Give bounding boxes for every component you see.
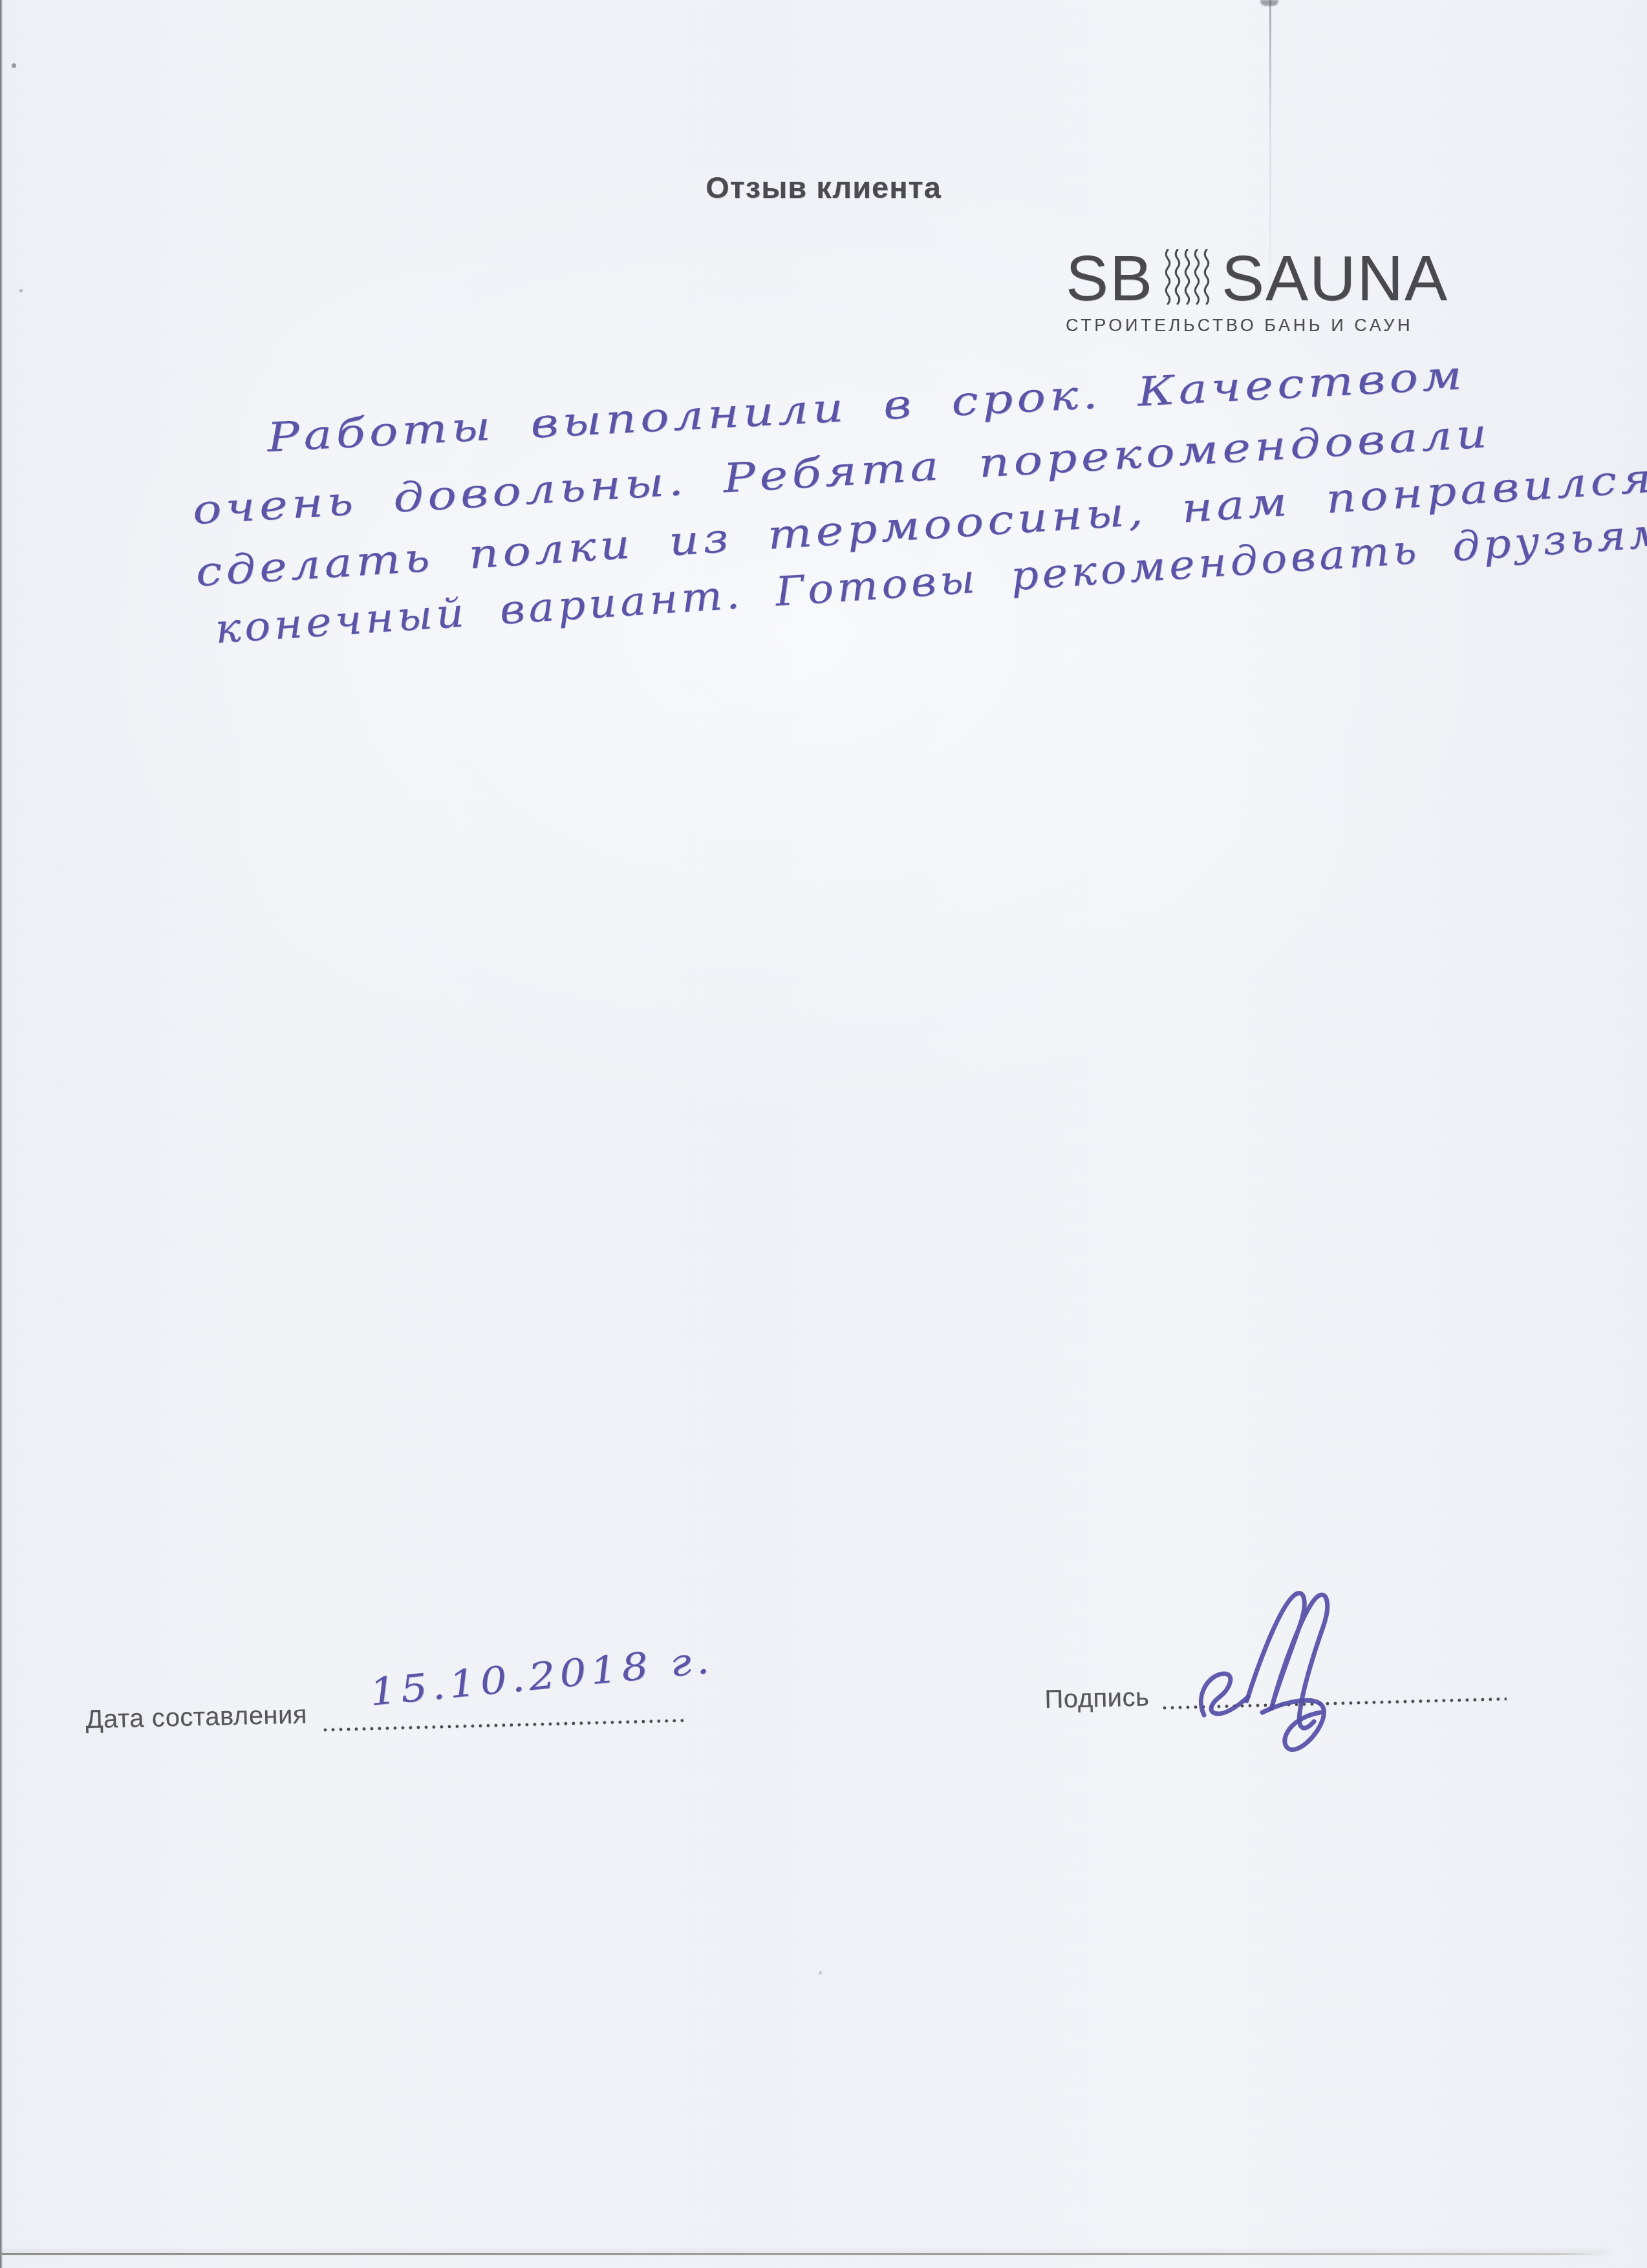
company-logo: SB SAUNA СТРОИТЕЛЬСТВО БАНЬ И САУН [1066, 251, 1448, 336]
date-label: Дата составления [85, 1700, 307, 1734]
paper-speck [819, 1971, 822, 1974]
handwritten-date: 15.10.2018 г. [367, 1637, 715, 1714]
scan-left-edge-shadow [0, 0, 3, 2268]
date-dotted-line [323, 1718, 685, 1732]
scanned-document-page: Отзыв клиента SB SAUNA СТРОИТЕЛЬСТВО БАН… [0, 0, 1647, 2268]
page-title: Отзыв клиента [0, 169, 1647, 205]
signature-label: Подпись [1044, 1683, 1150, 1714]
logo-text-sauna: SAUNA [1222, 251, 1448, 305]
logo-tagline: СТРОИТЕЛЬСТВО БАНЬ И САУН [1066, 316, 1448, 336]
scan-top-smudge [1260, 0, 1278, 6]
logo-text-sb: SB [1066, 251, 1154, 305]
logo-wordmark: SB SAUNA [1066, 251, 1448, 305]
paper-speck [19, 289, 23, 292]
handwritten-signature [1185, 1586, 1379, 1755]
steam-waves-icon [1163, 249, 1212, 308]
paper-speck [12, 63, 16, 68]
paper-bottom-edge-line [0, 2253, 1608, 2255]
